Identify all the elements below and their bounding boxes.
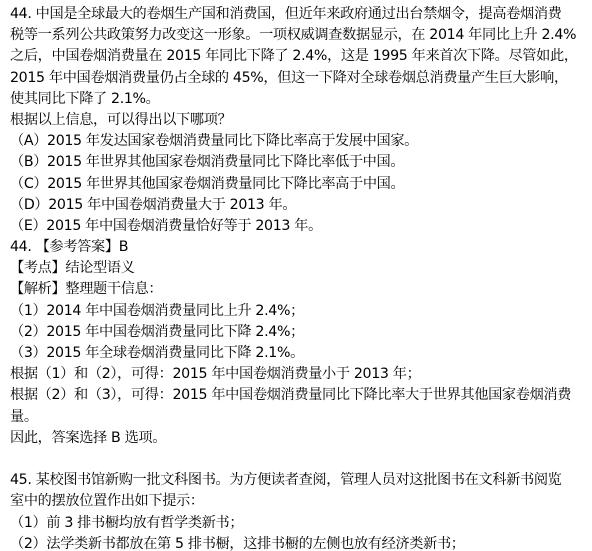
q44-question: 根据以上信息，可以得出以下哪项？ — [10, 110, 590, 131]
q45-hint: （1）前 3 排书橱均放有哲学类新书； — [10, 513, 590, 534]
q44-answer: 44. 【参考答案】B — [10, 237, 590, 258]
q44-option-d: （D）2015 年中国卷烟消费量大于 2013 年。 — [10, 195, 590, 216]
q44-option-e: （E）2015 年中国卷烟消费量恰好等于 2013 年。 — [10, 216, 590, 237]
q44-jiexi: 【解析】整理题干信息： — [10, 279, 590, 300]
q44-point: （3）2015 年全球卷烟消费量同比下降 2.1%。 — [10, 343, 590, 364]
q44-stem-line: 2015 年中国卷烟消费量仍占全球的 45%，但这一下降对全球卷烟总消费量产生巨… — [10, 68, 590, 89]
spacer — [10, 449, 590, 470]
question-45: 45. 某校图书馆新购一批文科图书。为方便读者查阅，管理人员对这批图书在文科新书… — [10, 470, 590, 551]
q44-point: （2）2015 年中国卷烟消费量同比下降 2.4%； — [10, 322, 590, 343]
q44-point: （1）2014 年中国卷烟消费量同比上升 2.4%； — [10, 301, 590, 322]
q44-stem-line: 之后，中国卷烟消费量在 2015 年同比下降了 2.4%，这是 1995 年来首… — [10, 46, 590, 67]
q44-option-c: （C）2015 年世界其他国家卷烟消费量同比下降比率高于中国。 — [10, 174, 590, 195]
q44-stem-line: 44. 中国是全球最大的卷烟生产国和消费国，但近年来政府通过出台禁烟令，提高卷烟… — [10, 4, 590, 25]
q44-reasoning: 根据（1）和（2），可得：2015 年中国卷烟消费量小于 2013 年； — [10, 364, 590, 385]
q44-option-a: （A）2015 年发达国家卷烟消费量同比下降比率高于发展中国家。 — [10, 131, 590, 152]
document-body: 44. 中国是全球最大的卷烟生产国和消费国，但近年来政府通过出台禁烟令，提高卷烟… — [10, 4, 590, 551]
q44-conclusion: 因此，答案选择 B 选项。 — [10, 428, 590, 449]
q45-stem-line: 室中的摆放位置作出如下提示： — [10, 491, 590, 512]
q44-stem-line: 税等一系列公共政策努力改变这一形象。一项权威调查数据显示，在 2014 年同比上… — [10, 25, 590, 46]
q44-stem-line: 使其同比下降了 2.1%。 — [10, 89, 590, 110]
q44-reasoning: 根据（2）和（3），可得：2015 年中国卷烟消费量同比下降比率大于世界其他国家… — [10, 385, 590, 406]
question-44: 44. 中国是全球最大的卷烟生产国和消费国，但近年来政府通过出台禁烟令，提高卷烟… — [10, 4, 590, 449]
q44-reasoning: 量。 — [10, 407, 590, 428]
q45-hint: （2）法学类新书都放在第 5 排书橱，这排书橱的左侧也放有经济类新书； — [10, 534, 590, 551]
q45-stem-line: 45. 某校图书馆新购一批文科图书。为方便读者查阅，管理人员对这批图书在文科新书… — [10, 470, 590, 491]
q44-kaodian: 【考点】结论型语义 — [10, 258, 590, 279]
q44-option-b: （B）2015 年世界其他国家卷烟消费量同比下降比率低于中国。 — [10, 152, 590, 173]
